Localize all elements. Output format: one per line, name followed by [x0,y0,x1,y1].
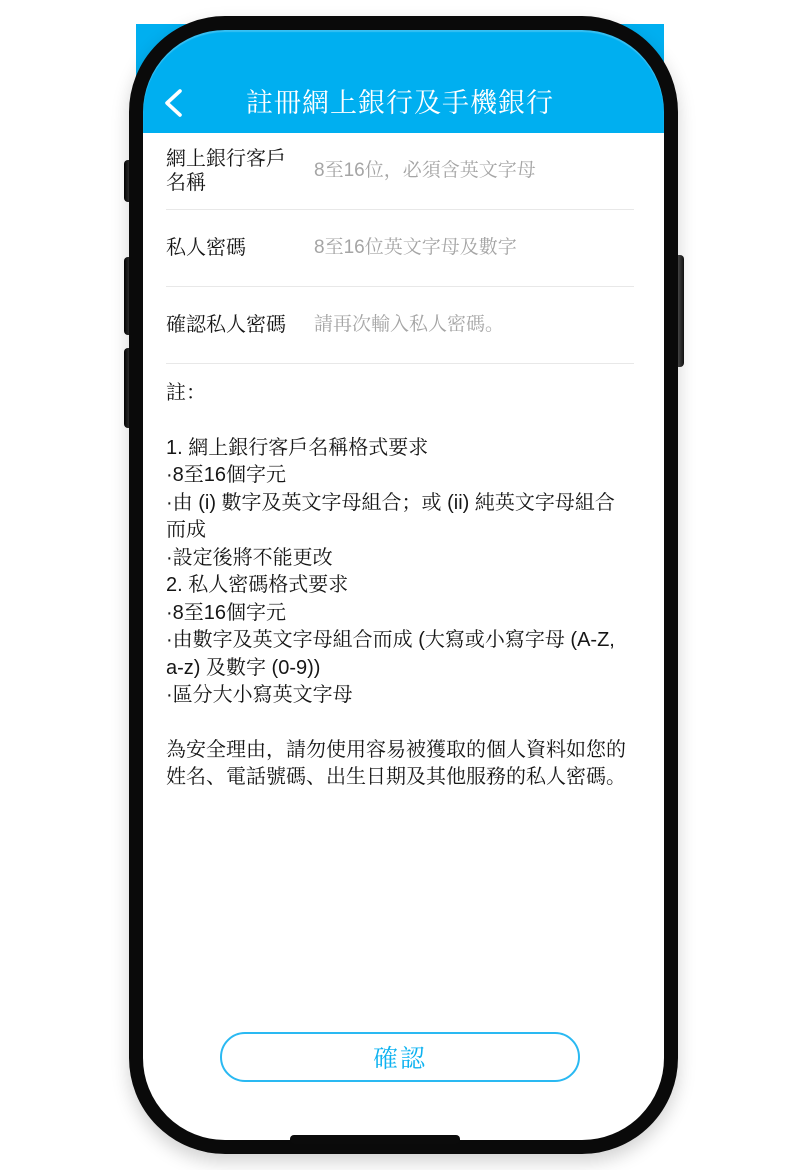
note-line: ·由 (i) 數字及英文字母組合；或 (ii) 純英文字母組合而成 [166,490,634,545]
confirm-password-input[interactable] [314,314,634,336]
password-input[interactable] [314,237,634,259]
note-line: ·8至16個字元 [166,600,634,628]
note-line: ·區分大小寫英文字母 [166,682,634,710]
form-row-username: 網上銀行客戶名稱 [166,133,634,210]
confirm-button[interactable]: 確認 [220,1032,580,1082]
username-input[interactable] [314,160,634,182]
bottom-speaker-slot [290,1135,460,1144]
app-header: 註冊網上銀行及手機銀行 [136,24,664,133]
registration-form: 網上銀行客戶名稱 私人密碼 確認私人密碼 註： 1. 網上銀行客戶名稱格式要求 … [136,133,664,1136]
confirm-password-label: 確認私人密碼 [166,313,296,337]
username-label: 網上銀行客戶名稱 [166,147,296,195]
notes-heading: 註： [166,380,634,408]
password-label: 私人密碼 [166,236,296,260]
note-line: 2. 私人密碼格式要求 [166,572,634,600]
notes-section: 註： 1. 網上銀行客戶名稱格式要求 ·8至16個字元 ·由 (i) 數字及英文… [166,380,634,792]
form-row-password: 私人密碼 [166,210,634,287]
note-line: ·8至16個字元 [166,462,634,490]
power-button [670,255,684,367]
app-screen: 註冊網上銀行及手機銀行 網上銀行客戶名稱 私人密碼 確認私人密碼 註： 1. 網… [136,24,664,1136]
page-title: 註冊網上銀行及手機銀行 [136,81,664,120]
note-line: ·由數字及英文字母組合而成 (大寫或小寫字母 (A-Z, a-z) 及數字 (0… [166,627,634,682]
security-note: 為安全理由，請勿使用容易被獲取的個人資料如您的姓名、電話號碼、出生日期及其他服務… [166,737,634,792]
note-line: 1. 網上銀行客戶名稱格式要求 [166,435,634,463]
note-line: ·設定後將不能更改 [166,545,634,573]
form-row-confirm-password: 確認私人密碼 [166,287,634,364]
